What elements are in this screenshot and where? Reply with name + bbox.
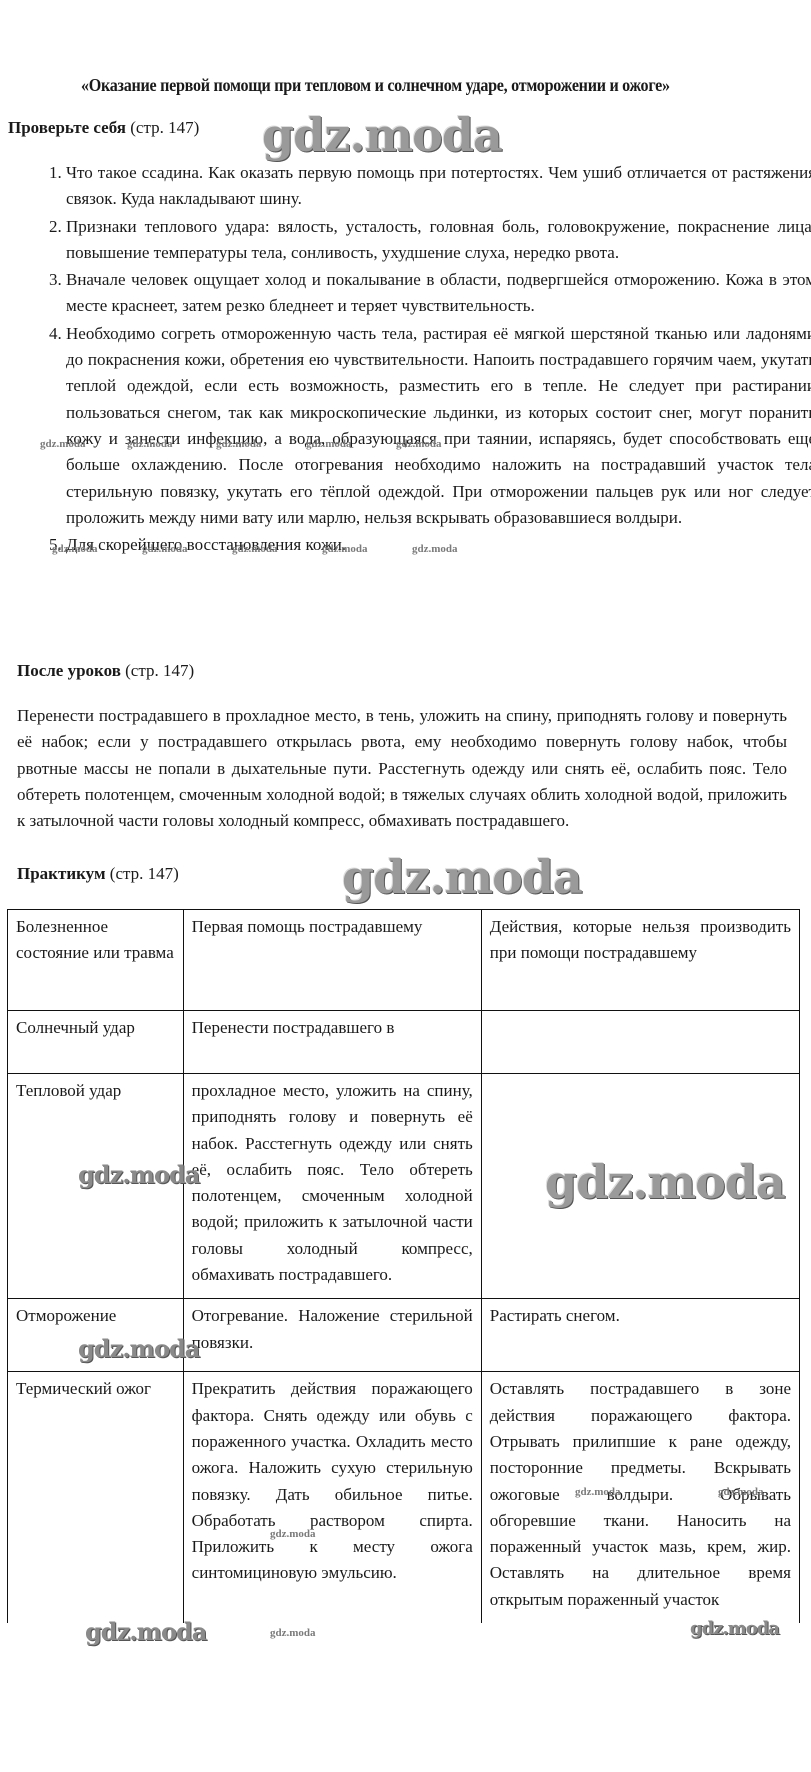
cell-first-aid: Перенести пострадавшего в [183,1011,481,1074]
table-row: Солнечный удар Перенести пострадавшего в [8,1011,800,1074]
check-yourself-heading-text: Проверьте себя [8,118,126,137]
after-lessons-page-ref: (стр. 147) [125,661,194,680]
practicum-heading: Практикум (стр. 147) [17,864,179,884]
cell-condition: Солнечный удар [8,1011,184,1074]
answers-list: Что такое ссадина. Как оказать первую по… [32,160,811,559]
after-lessons-text: Перенести пострадавшего в прохладное мес… [17,703,787,834]
cell-first-aid: прохладное место, уложить на спину, прип… [183,1074,481,1299]
cell-forbidden: Оставлять пострадавшего в зоне действия … [481,1372,799,1623]
after-lessons-heading: После уроков (стр. 147) [17,661,194,681]
watermark-logo: gdz.moda [342,850,582,904]
column-header-forbidden: Действия, которые нельзя производить при… [481,910,799,1011]
check-yourself-page-ref: (стр. 147) [130,118,199,137]
cell-condition: Термический ожог [8,1372,184,1623]
after-lessons-heading-text: После уроков [17,661,121,680]
answer-item: Необходимо согреть отмороженную часть те… [66,321,811,531]
table-row: Отморожение Отогревание. Наложение стери… [8,1299,800,1372]
cell-first-aid: Прекратить действия поражающего фактора.… [183,1372,481,1623]
table-row: Термический ожог Прекратить действия пор… [8,1372,800,1623]
document-title: «Оказание первой помощи при тепловом и с… [12,75,739,96]
check-yourself-heading: Проверьте себя (стр. 147) [8,118,199,138]
column-header-condition: Болезненное состояние или травма [8,910,184,1011]
table-row: Тепловой удар прохладное место, уложить … [8,1074,800,1299]
practicum-table: Болезненное состояние или травма Первая … [7,909,800,1623]
column-header-first-aid: Первая помощь пострадавшему [183,910,481,1011]
table-header-row: Болезненное состояние или травма Первая … [8,910,800,1011]
answer-item: Вначале человек ощущает холод и покалыва… [66,267,811,320]
cell-forbidden [481,1074,799,1299]
practicum-page-ref: (стр. 147) [110,864,179,883]
practicum-heading-text: Практикум [17,864,106,883]
cell-condition: Отморожение [8,1299,184,1372]
answer-item: Что такое ссадина. Как оказать первую по… [66,160,811,213]
watermark-small: gdz.moda [270,1627,316,1639]
cell-forbidden: Растирать снегом. [481,1299,799,1372]
cell-forbidden [481,1011,799,1074]
answer-item: Признаки теплового удара: вялость, устал… [66,214,811,267]
cell-first-aid: Отогревание. Наложение стерильной повязк… [183,1299,481,1372]
answer-item: Для скорейшего восстановления кожи. [66,532,811,558]
watermark-logo: gdz.moda [262,108,502,162]
cell-condition: Тепловой удар [8,1074,184,1299]
